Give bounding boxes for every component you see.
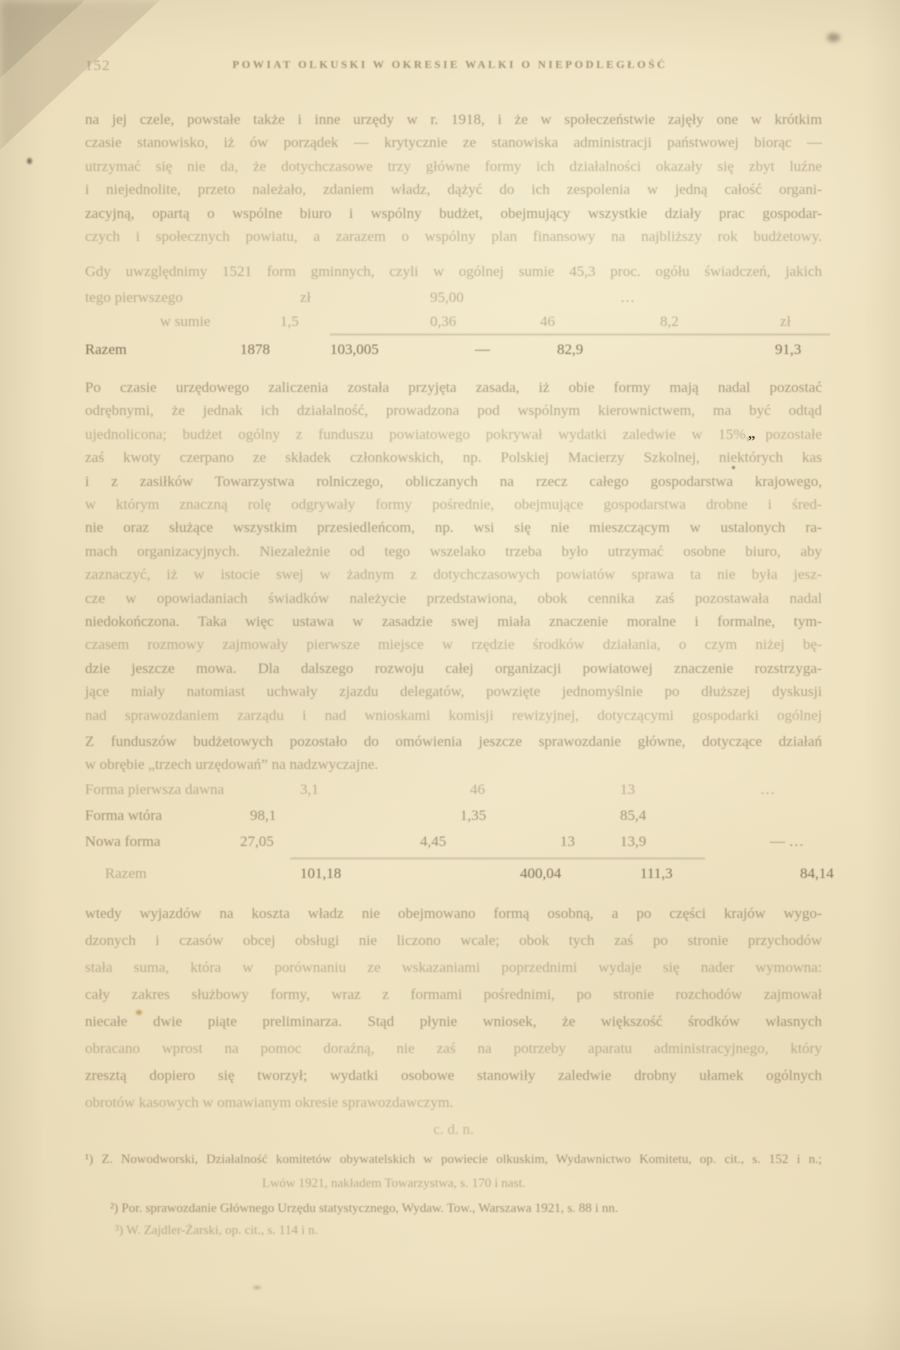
table-cell: 8,2 xyxy=(660,314,679,331)
table-cell: 98,1 xyxy=(250,808,276,825)
text-line: Po czasie urzędowego zaliczenia została … xyxy=(85,377,822,400)
table-cell: 400,04 xyxy=(520,866,561,883)
footnote-line: ³) W. Zajdler-Żarski, op. cit., s. 114 i… xyxy=(115,1219,318,1241)
table-row: Forma pierwsza dawna 3,1 46 13 … xyxy=(85,782,822,804)
table-cell: 101,18 xyxy=(300,866,341,883)
table-cell: 27,05 xyxy=(240,834,274,851)
text-line: i niejednolite, przeto należało, zdaniem… xyxy=(85,179,822,202)
text-line: obrotów kasowych w omawianym okresie spr… xyxy=(85,1090,822,1117)
text-line: mach organizacyjnych. Niezależnie od teg… xyxy=(85,541,822,564)
text-line: zacyjną, opartą o wspólne biuro i wspóln… xyxy=(85,203,822,226)
footnote-line: ²) Por. sprawozdanie Głównego Urzędu sta… xyxy=(110,1197,618,1219)
table-cell: … xyxy=(760,782,775,799)
table-cell: Forma wtóra xyxy=(85,808,162,825)
table-cell: 46 xyxy=(470,782,485,799)
table-cell: 103,005 xyxy=(330,342,379,359)
text-line: czasem rozmowy zajmowały pierwsze miejsc… xyxy=(85,634,822,657)
edge-mark xyxy=(253,1286,261,1289)
table-cell: 82,9 xyxy=(557,342,583,359)
text-line: cze w opowiadaniach świadków należycie p… xyxy=(85,588,822,611)
paragraph-3-end: obrotów kasowych w omawianym okresie spr… xyxy=(85,1090,822,1144)
text-line: cały zakres służbowy formy, wraz z forma… xyxy=(85,982,822,1009)
table-cell: 13,9 xyxy=(620,834,646,851)
table-subrow: tego pierwszego zł 95,00 … xyxy=(85,290,822,312)
table-cell: 13 xyxy=(560,834,575,851)
table-rule xyxy=(330,334,830,335)
table-cell: w sumie xyxy=(160,314,210,331)
smudge-mark xyxy=(827,33,840,42)
table-cell: zł xyxy=(300,290,311,307)
table-row: Forma wtóra 98,1 1,35 85,4 xyxy=(85,808,822,830)
text-line: dzie jeszcze mowa. Dla dalszego rozwoju … xyxy=(85,658,822,681)
text-line: zresztą dopiero się tworzył; wydatki oso… xyxy=(85,1063,822,1090)
table-total-row: Razem 101,18 400,04 111,3 84,14 xyxy=(85,866,822,888)
text-line: czych i społecznych powiatu, a zarazem o… xyxy=(85,226,822,249)
text-line: w obrębie „trzech urzędowań” na nadzwycz… xyxy=(85,754,822,777)
scanned-page: 152 POWIAT OLKUSKI W OKRESIE WALKI O NIE… xyxy=(0,0,900,1350)
table-cell: Nowa forma xyxy=(85,834,160,851)
text-line: czasie stanowisko, iż ów porządek — kryt… xyxy=(85,132,822,155)
table-cell: 85,4 xyxy=(620,808,646,825)
footnote-line: ¹) Z. Nowodworski, Działalność komitetów… xyxy=(85,1148,822,1170)
table-cell: zł xyxy=(780,314,791,331)
text-line: utrzymać się nie da, że dotychczasowe tr… xyxy=(85,156,822,179)
table-cell: 4,45 xyxy=(420,834,446,851)
table-row: Nowa forma 27,05 4,45 13 13,9 — … xyxy=(85,834,822,856)
table-cell: 1,5 xyxy=(280,314,299,331)
table-cell: 1878 xyxy=(240,342,270,359)
text-line: wtedy wyjazdów na koszta władz nie obejm… xyxy=(85,901,822,928)
table-cell: 13 xyxy=(620,782,635,799)
text-line: nie oraz służące wszystkim przesiedleńco… xyxy=(85,517,822,540)
table-cell: 95,00 xyxy=(430,290,464,307)
page-corner-fold xyxy=(0,0,100,90)
text-line: ujednolicona; budżet ogólny z funduszu p… xyxy=(85,424,822,447)
table-cell: 91,3 xyxy=(775,342,801,359)
table-total-row: Razem 1878 103,005 — 82,9 91,3 xyxy=(85,342,822,364)
footnote-line: Lwów 1921, nakładem Towarzystwa, s. 170 … xyxy=(262,1172,526,1194)
running-title: POWIAT OLKUSKI W OKRESIE WALKI O NIEPODL… xyxy=(0,59,900,71)
text-line: niedokończona. Taka więc ustawa w zasadz… xyxy=(85,611,822,634)
table-cell: 84,14 xyxy=(800,866,834,883)
table-cell: … xyxy=(620,290,635,307)
text-line: Z funduszów budżetowych pozostało do omó… xyxy=(85,731,822,754)
table-cell: Forma pierwsza dawna xyxy=(85,782,224,799)
table-intro-line: Gdy uwzględnimy 1521 form gminnych, czyl… xyxy=(85,264,822,281)
text-line: zaznaczyć, iż w istocie swej w żadnym z … xyxy=(85,564,822,587)
margin-quote-mark: „ xyxy=(748,426,755,443)
table-cell: Razem xyxy=(105,866,147,883)
table-cell: Razem xyxy=(85,342,127,359)
text-line: zaś kwoty czerpano ze składek członkowsk… xyxy=(85,447,822,470)
text-line: w którym znaczną rolę odgrywały formy po… xyxy=(85,494,822,517)
table-rule xyxy=(290,858,705,859)
paragraph-1: na jej czele, powstałe także i inne urzę… xyxy=(85,109,822,249)
text-line: dzonych i czasów obcej obsługi nie liczo… xyxy=(85,928,822,955)
text-line: i z zasiłków Towarzystwa rolniczego, obl… xyxy=(85,471,822,494)
text-line: stała suma, która w porównaniu ze wskaza… xyxy=(85,955,822,982)
paragraph-3: wtedy wyjazdów na koszta władz nie obejm… xyxy=(85,901,822,1090)
text-line: obracano wprost na pomoc doraźną, nie za… xyxy=(85,1036,822,1063)
table-cell: 46 xyxy=(540,314,555,331)
text-line: jące miały natomiast uchwały zjazdu dele… xyxy=(85,681,822,704)
table-cell: 0,36 xyxy=(430,314,456,331)
ink-speck xyxy=(27,158,32,164)
text-line: nad sprawozdaniem zarządu i nad wnioskam… xyxy=(85,705,822,728)
table-number-row: w sumie 1,5 0,36 46 8,2 zł xyxy=(85,314,822,336)
table-cell: 1,35 xyxy=(460,808,486,825)
table-cell: — xyxy=(475,342,490,359)
table-cell: 3,1 xyxy=(300,782,319,799)
text-line: odrębnymi, że jednak ich działalność, pr… xyxy=(85,400,822,423)
text-line: niecałe dwie piąte preliminarza. Stąd pł… xyxy=(85,1009,822,1036)
table-cell: tego pierwszego xyxy=(85,290,183,307)
paragraph-2-closing: Z funduszów budżetowych pozostało do omó… xyxy=(85,731,822,778)
table-cell: 111,3 xyxy=(640,866,673,883)
paragraph-2: Po czasie urzędowego zaliczenia została … xyxy=(85,377,822,728)
text-line: na jej czele, powstałe także i inne urzę… xyxy=(85,109,822,132)
table-cell: — … xyxy=(770,834,804,851)
text-fragment: c. d. n. xyxy=(85,1117,822,1144)
